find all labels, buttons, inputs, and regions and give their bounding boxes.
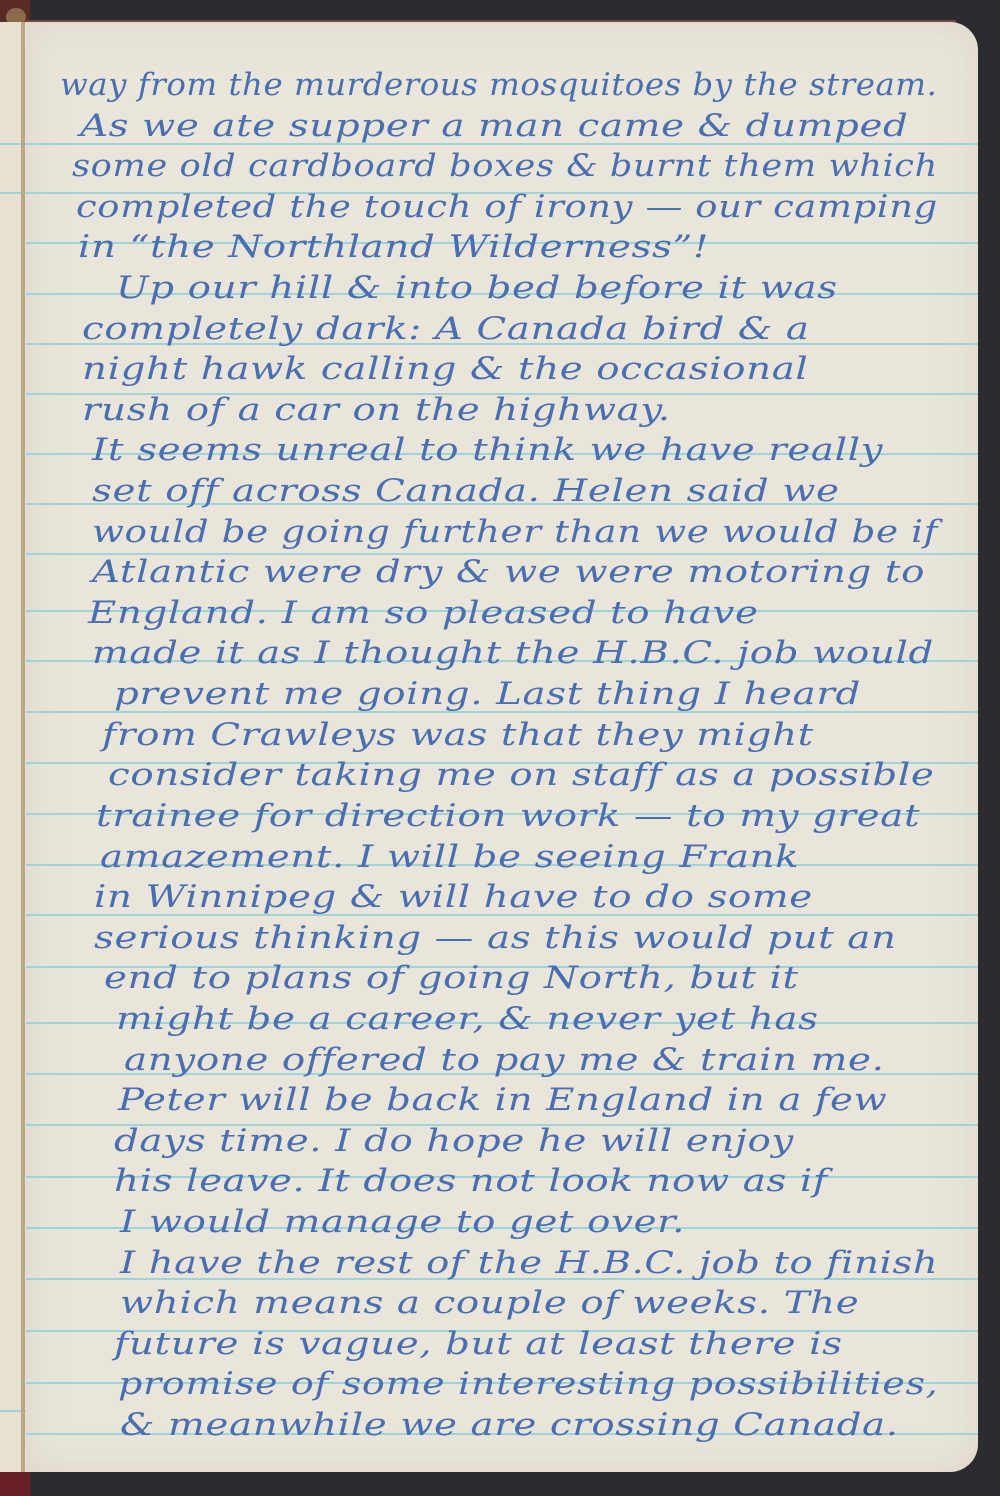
- text-line: days time. I do hope he will enjoy: [114, 1122, 794, 1161]
- text-line: prevent me going. Last thing I heard: [114, 675, 861, 714]
- text-line: set off across Canada. Helen said we: [92, 472, 840, 511]
- text-line: might be a career, & never yet has: [116, 1000, 819, 1039]
- text-line: completely dark: A Canada bird & a: [82, 310, 810, 349]
- text-line: in “the Northland Wilderness”!: [78, 228, 709, 267]
- text-line: amazement. I will be seeing Frank: [100, 838, 799, 877]
- text-line: his leave. It does not look now as if: [114, 1162, 828, 1201]
- text-line: in Winnipeg & will have to do some: [94, 878, 813, 917]
- text-line: rush of a car on the highway.: [82, 391, 671, 430]
- text-line: end to plans of going North, but it: [104, 959, 799, 998]
- text-line: consider taking me on staff as a possibl…: [108, 756, 934, 795]
- text-line: England. I am so pleased to have: [88, 594, 759, 633]
- text-line: Up our hill & into bed before it was: [116, 269, 838, 308]
- text-line: I would manage to get over.: [120, 1203, 685, 1242]
- text-line: which means a couple of weeks. The: [120, 1284, 859, 1323]
- text-line: night hawk calling & the occasional: [82, 350, 808, 389]
- text-line: I have the rest of the H.B.C. job to fin…: [120, 1244, 938, 1283]
- binding-bottom: [0, 1472, 30, 1496]
- text-line: & meanwhile we are crossing Canada.: [120, 1406, 899, 1445]
- text-line: serious thinking — as this would put an: [94, 919, 897, 958]
- text-line: completed the touch of irony — our campi…: [76, 188, 938, 227]
- text-line: It seems unreal to think we have really: [92, 431, 883, 470]
- text-line: Atlantic were dry & we were motoring to: [92, 553, 925, 592]
- text-line: made it as I thought the H.B.C. job woul…: [92, 634, 934, 673]
- text-line: way from the murderous mosquitoes by the…: [60, 66, 937, 105]
- page-gutter: [21, 22, 25, 1472]
- text-line: promise of some interesting possibilitie…: [118, 1365, 938, 1404]
- text-line: As we ate supper a man came & dumped: [80, 107, 908, 146]
- text-line: trainee for direction work — to my great: [96, 797, 920, 836]
- text-line: future is vague, but at least there is: [114, 1325, 843, 1364]
- text-line: anyone offered to pay me & train me.: [124, 1041, 885, 1080]
- text-line: from Crawleys was that they might: [102, 716, 814, 755]
- text-line: Peter will be back in England in a few: [118, 1081, 887, 1120]
- text-line: would be going further than we would be …: [92, 513, 938, 552]
- text-line: some old cardboard boxes & burnt them wh…: [72, 147, 938, 186]
- scan-background: way from the murderous mosquitoes by the…: [0, 0, 1000, 1496]
